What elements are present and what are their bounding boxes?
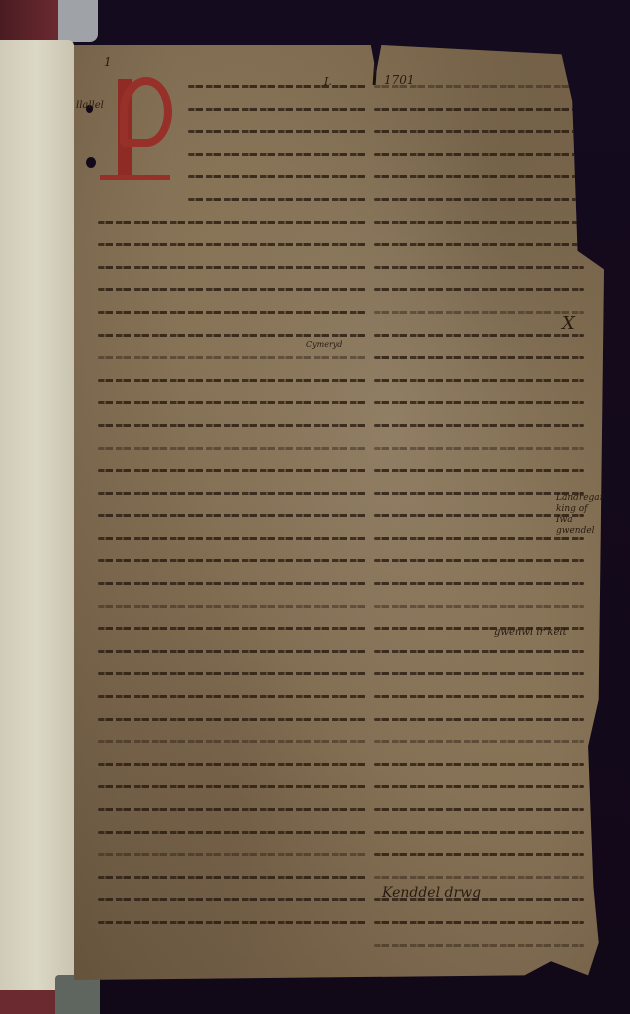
binding-hole — [86, 157, 96, 168]
left-text-column — [98, 85, 368, 944]
book-support-clip — [55, 975, 100, 1014]
manuscript-leaf: 1 I. 1701 llallel X Cymeryd Landregar ki… — [74, 45, 604, 980]
book-cover-top — [0, 0, 60, 42]
book-cover-bottom — [0, 990, 60, 1014]
right-text-column — [374, 85, 584, 966]
book-page-block — [0, 40, 74, 995]
folio-number: 1 — [104, 55, 112, 69]
book-support-top — [58, 0, 98, 42]
